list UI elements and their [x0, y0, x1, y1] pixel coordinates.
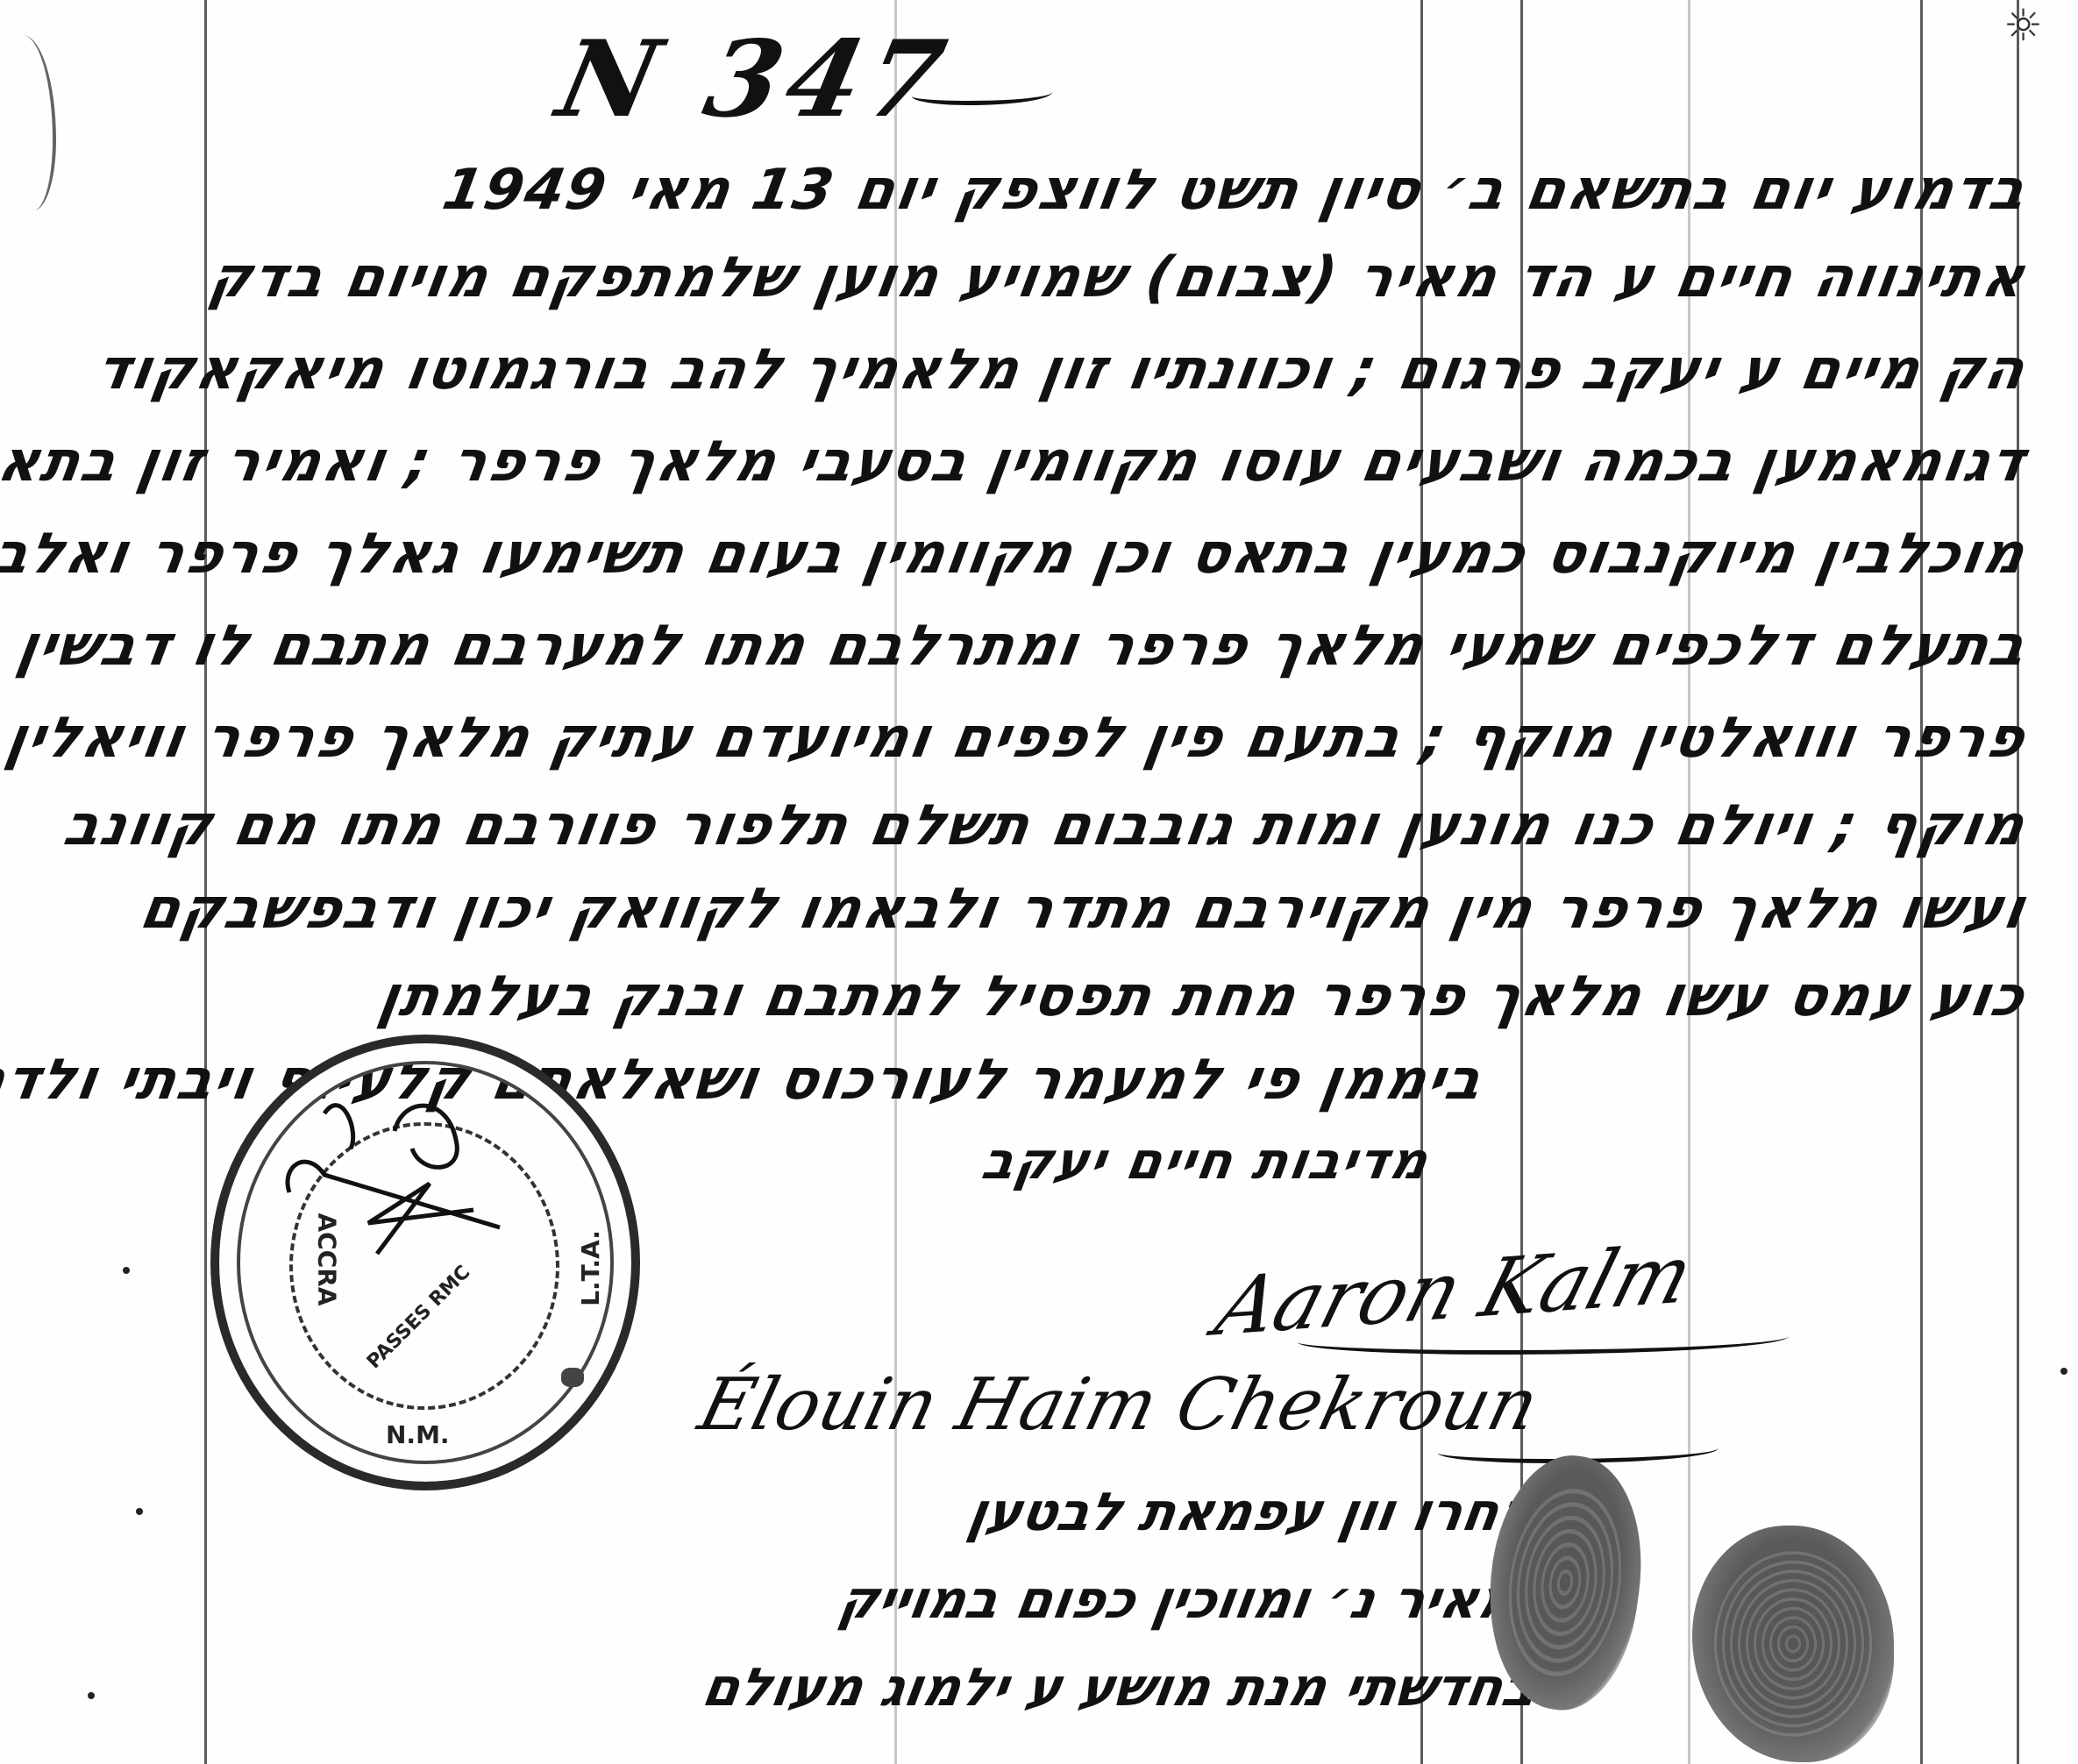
ink-speck	[2060, 1368, 2067, 1375]
signature-haim-chekroun: Élouin Haim Chekroun	[691, 1363, 1546, 1447]
footer-line-1: החרו וון עפמאת לבטען	[964, 1482, 1541, 1543]
official-stamp: ACCRA PASSES RMC L.T.A. N.M.	[210, 1035, 640, 1490]
ink-speck	[88, 1692, 95, 1699]
stamp-text-bottom: N.M.	[386, 1420, 450, 1449]
body-line-1: בדמוע יום בתשאם ב׳ סיון תשט לווצפק יום 1…	[438, 158, 2031, 223]
body-line-11: ביממן פי למעמר לעורכוס ושאלאתם קלעיוף וי…	[0, 1048, 1488, 1113]
ink-speck	[136, 1508, 143, 1515]
body-line-6: בתעלם דלכפים שמעי מלאך פרפר ומתרלבם מתו …	[0, 614, 2032, 679]
body-line-3: הק מיים ע יעקב פרגום ; וכוונתיו זון מלאמ…	[91, 338, 2031, 402]
body-line-5: מוכלבין מיוקנבוס כמעין בתאס וכן מקוומין …	[0, 522, 2032, 587]
document-page: ☼ N 347 בדמוע יום בתשאם ב׳ סיון תשט לווצ…	[0, 0, 2078, 1764]
footer-line-3: בחדשתי מנת מושע ע ילמוג מעולם	[697, 1657, 1540, 1718]
ink-speck	[123, 1267, 130, 1274]
ink-blot	[561, 1368, 584, 1387]
fingerprint-right	[1692, 1526, 1894, 1762]
corner-stamp-fragment: ☼	[2003, 0, 2043, 51]
hebrew-signature-line: מדיבות חיים יעקב	[978, 1131, 1434, 1191]
signature-flourish	[1298, 1324, 1789, 1355]
footer-line-2: ומאיר נ׳ ומווכין כפום במוייק	[835, 1569, 1541, 1631]
stamp-text-left: ACCRA	[313, 1213, 342, 1306]
heading-underline	[912, 83, 1052, 105]
body-line-2: אתינווה חיים ע הד מאיר (צבום) שמויע מוען…	[205, 245, 2032, 310]
body-line-10: כוע עמס עשו מלאך פרפר מחת תפסיל למתבם וב…	[374, 964, 2032, 1029]
body-line-4: דגומאמען בכמה ושבעים עוסו מקוומין בסעבי …	[0, 430, 2032, 494]
body-line-9: ועשו מלאך פרפר מין מקוירבם מתדר ולבאמו ל…	[135, 877, 2031, 942]
body-line-8: מוקף ; ויולם כנו מונען ומות גובבום תשלם …	[60, 793, 2032, 858]
document-number: N 347	[548, 18, 962, 141]
body-line-7: פרפר ווואלטין מוקף ; בתעם פין לפפים ומיו…	[1, 706, 2031, 771]
torn-edge	[0, 35, 56, 210]
stamp-text-right: L.T.A.	[576, 1230, 605, 1306]
